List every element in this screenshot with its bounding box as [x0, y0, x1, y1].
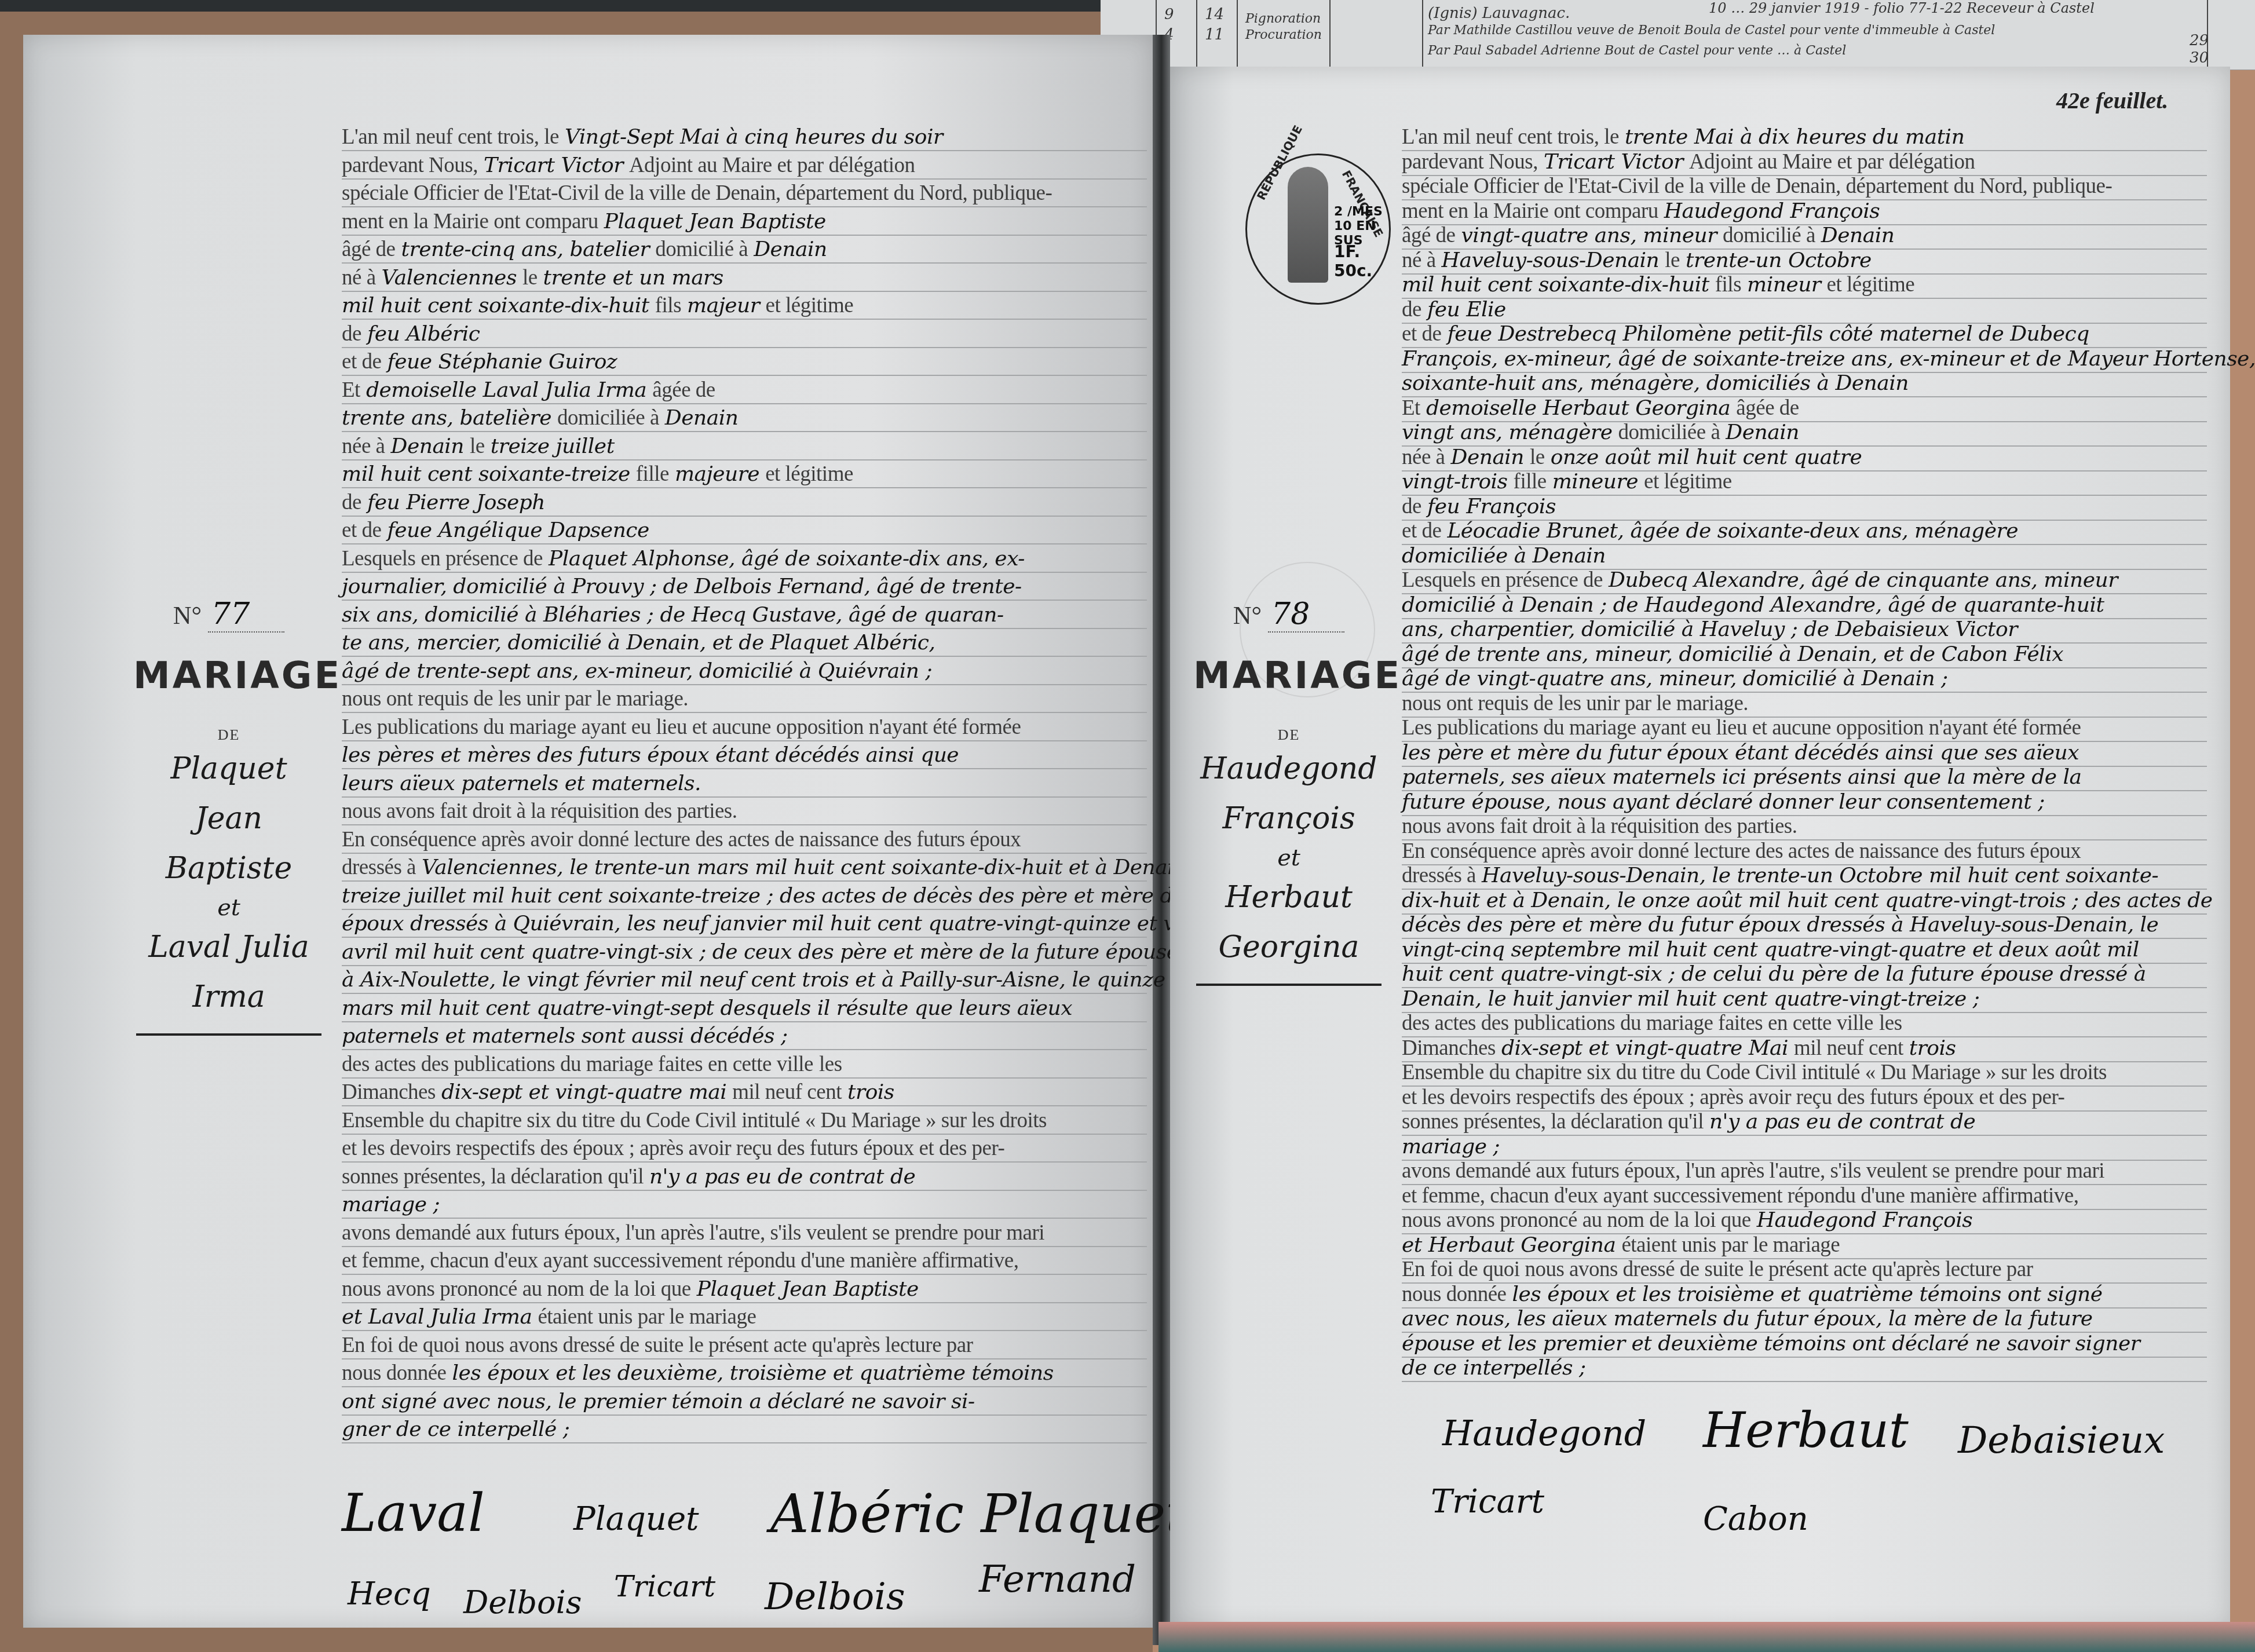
act-line: des actes des publications du mariage fa…: [1402, 1011, 2207, 1036]
printed-text: le: [1530, 445, 1545, 469]
printed-text: et légitime: [766, 294, 854, 317]
act-de-label: DE: [133, 726, 324, 744]
act-line: sonnes présentes, la déclaration qu'iln'…: [1402, 1109, 2207, 1134]
act-line: nous avons fait droit à la réquisition d…: [1402, 814, 2207, 839]
act-line: avril mil huit cent quatre-vingt-six ; d…: [342, 940, 1147, 964]
form-rule-line: [342, 206, 1147, 207]
printed-text: En conséquence après avoir donné lecture…: [342, 828, 1021, 851]
form-rule-line: [342, 993, 1147, 994]
act-line: et Laval Julia Irmaétaient unis par le m…: [342, 1304, 1147, 1329]
act-line: né àValenciennesletrente et un mars: [342, 265, 1147, 290]
printed-text: nous avons prononcé au nom de la loi que: [342, 1277, 691, 1301]
printed-text: Lesquels en présence de: [342, 547, 543, 571]
printed-text: nous avons fait droit à la réquisition d…: [342, 799, 737, 823]
printed-text: des actes des publications du mariage fa…: [342, 1052, 813, 1076]
act-line: âgé de trente-sept ans, ex-mineur, domic…: [342, 659, 1147, 684]
act-line: Dimanchesdix-sept et vingt-quatre maimil…: [342, 1080, 1147, 1105]
form-rule-line: [342, 1049, 1147, 1050]
handwritten-entry: Dubecq Alexandre, âgé de cinquante ans, …: [1609, 568, 2118, 592]
printed-text: Et: [342, 378, 360, 402]
act-line: journalier, domicilié à Prouvy ; de Delb…: [342, 574, 1147, 599]
signature: Laval: [342, 1483, 485, 1544]
act-line: âgé de vingt-quatre ans, mineur, domicil…: [1402, 666, 2207, 691]
handwritten-entry: te ans, mercier, domicilié à Denain, et …: [342, 631, 935, 655]
printed-text: ment en la Mairie ont comparu: [342, 210, 598, 233]
form-rule-line: [342, 796, 1147, 798]
printed-text: ment en la Mairie ont comparu: [1402, 199, 1658, 223]
fiscal-stamp: RÉPUBLIQUE FRANÇAISE 2 /MES 10 EN SUS 1F…: [1245, 153, 1391, 305]
act-line: nous avons fait droit à la réquisition d…: [342, 799, 1147, 824]
handwritten-entry: dix-huit et à Denain, le onze août mil h…: [1402, 889, 2213, 912]
act-line: les pères et mères des futurs époux étan…: [342, 743, 1147, 767]
form-rule-line: [342, 572, 1147, 573]
form-rule-line: [342, 965, 1147, 966]
handwritten-entry: de ce interpellés ;: [1402, 1356, 1586, 1380]
printed-text: de: [342, 491, 361, 514]
act-line: soixante-huit ans, ménagère, domiciliés …: [1402, 371, 2207, 396]
act-line: et femme, chacun d'eux ayant successivem…: [342, 1248, 1147, 1273]
act-number: N° 77: [133, 597, 324, 631]
act-line: mil huit cent soixante-dix-huitfilsmineu…: [1402, 272, 2207, 297]
act-line: En foi de quoi nous avons dressé de suit…: [342, 1333, 1147, 1358]
handwritten-entry: ont signé avec nous, le premier témoin a…: [342, 1390, 975, 1413]
printed-text: de: [342, 322, 361, 346]
act-line: née àDenainleonze août mil huit cent qua…: [1402, 445, 2207, 470]
printed-text: Lesquels en présence de: [1402, 568, 1603, 592]
printed-text: domicilié à: [655, 237, 748, 261]
ledger-cell: 14: [1205, 6, 1224, 23]
handwritten-entry: François, ex-mineur, âgé de soixante-tre…: [1402, 347, 2255, 371]
act-line: François, ex-mineur, âgé de soixante-tre…: [1402, 346, 2207, 371]
printed-text: âgée de: [1736, 396, 1799, 420]
handwritten-entry: n'y a pas eu de contrat de: [649, 1165, 915, 1189]
handwritten-entry: avec nous, les aïeux maternels du futur …: [1402, 1307, 2093, 1331]
form-rule-line: [342, 487, 1147, 488]
printed-text: nous avons prononcé au nom de la loi que: [1402, 1208, 1751, 1232]
form-rule-line: [342, 459, 1147, 460]
form-rule-line: [342, 880, 1147, 882]
handwritten-entry: future épouse, nous ayant déclaré donner…: [1402, 790, 2045, 814]
form-rule-line: [342, 656, 1147, 657]
printed-text: nous avons fait droit à la réquisition d…: [1402, 814, 1797, 838]
printed-text: âgée de: [652, 378, 715, 402]
handwritten-entry: âgé de vingt-quatre ans, mineur, domicil…: [1402, 667, 1948, 690]
act-de-label: DE: [1193, 726, 1384, 744]
handwritten-entry: feue Stéphanie Guiroz: [387, 350, 617, 374]
printed-text: le: [470, 434, 485, 458]
act-line: avec nous, les aïeux maternels du futur …: [1402, 1306, 2207, 1331]
form-rule-line: [342, 1105, 1147, 1106]
handwritten-entry: domiciliée à Denain: [1402, 544, 1606, 568]
handwritten-entry: feu François: [1427, 495, 1556, 518]
handwritten-entry: majeur: [687, 294, 759, 317]
handwritten-entry: treize juillet mil huit cent soixante-tr…: [342, 884, 1244, 908]
handwritten-entry: Denain: [1451, 445, 1525, 469]
handwritten-entry: trente ans, batelière: [342, 406, 551, 430]
printed-text: En foi de quoi nous avons dressé de suit…: [342, 1333, 973, 1357]
printed-text: mil neuf cent: [1794, 1036, 1903, 1060]
handwritten-entry: mil huit cent soixante-dix-huit: [342, 294, 649, 317]
act-line: Lesquels en présence dePlaquet Alphonse,…: [342, 546, 1147, 571]
ledger-cell: 29: [2190, 32, 2209, 49]
form-rule-line: [342, 824, 1147, 825]
printed-text: En foi de quoi nous avons dressé de suit…: [1402, 1258, 2033, 1281]
handwritten-entry: Denain: [391, 434, 465, 458]
act-line: mars mil huit cent quatre-vingt-sept des…: [342, 996, 1147, 1021]
signature: Tricart: [1431, 1483, 1544, 1521]
handwritten-entry: mineure: [1552, 470, 1638, 494]
form-rule-line: [342, 768, 1147, 769]
handwritten-entry: ans, charpentier, domicilié à Haveluy ; …: [1402, 617, 2018, 641]
stamp-decimes: 2 /MES 10 EN SUS: [1334, 204, 1389, 248]
printed-text: le: [1665, 248, 1680, 272]
printed-text: fille: [1514, 470, 1547, 494]
act-line: Ensemble du chapitre six du titre du Cod…: [1402, 1060, 2207, 1085]
form-rule-line: [342, 853, 1147, 854]
handwritten-entry: mars mil huit cent quatre-vingt-sept des…: [342, 996, 1072, 1020]
handwritten-entry: six ans, domicilié à Bléharies ; de Hecq…: [342, 603, 1004, 627]
act-line: et les devoirs respectifs des époux ; ap…: [1402, 1085, 2207, 1110]
act-line: Les publications du mariage ayant eu lie…: [1402, 715, 2207, 740]
act-line: et femme, chacun d'eux ayant successivem…: [1402, 1183, 2207, 1208]
ledger-cell: 11: [1205, 26, 1224, 43]
act-line: et Herbaut Georginaétaient unis par le m…: [1402, 1233, 2207, 1258]
form-rule-line: [1402, 1381, 2207, 1382]
act-line: pardevant Nous,Tricart VictorAdjoint au …: [342, 153, 1147, 178]
handwritten-entry: et Herbaut Georgina: [1402, 1233, 1616, 1257]
act-title: MARIAGE: [133, 655, 324, 697]
act-line: vingt-cinq septembre mil huit cent quatr…: [1402, 937, 2207, 962]
act-line: dix-huit et à Denain, le onze août mil h…: [1402, 888, 2207, 913]
margin-rule: [136, 1033, 321, 1036]
handwritten-entry: les époux et les troisième et quatrième …: [1512, 1282, 2103, 1306]
act-line: et deLéocadie Brunet, âgée de soixante-d…: [1402, 518, 2207, 543]
printed-text: âgé de: [1402, 224, 1456, 247]
form-rule-line: [342, 178, 1147, 180]
handwritten-entry: dix-sept et vingt-quatre mai: [441, 1080, 726, 1104]
form-rule-line: [342, 1190, 1147, 1191]
printed-text: Dimanches: [342, 1080, 436, 1104]
act-line: Lesquels en présence deDubecq Alexandre,…: [1402, 568, 2207, 593]
act-line: gner de ce interpellé ;: [342, 1417, 1147, 1442]
handwritten-entry: feu Elie: [1427, 298, 1506, 321]
handwritten-entry: Haveluy-sous-Denain, le trente-un Octobr…: [1482, 864, 2158, 887]
act-line: née àDenainletreize juillet: [342, 434, 1147, 459]
handwritten-entry: Haudegond François: [1664, 199, 1880, 223]
act-line: Etdemoiselle Laval Julia Irmaâgée de: [342, 378, 1147, 403]
printed-text: et les devoirs respectifs des époux ; ap…: [342, 1136, 1004, 1160]
right-margin-header: N° 78 MARIAGE DE Haudegond François et H…: [1193, 597, 1384, 986]
handwritten-entry: mariage ;: [342, 1193, 440, 1216]
act-line: defeu Pierre Joseph: [342, 490, 1147, 515]
printed-text: et légitime: [1827, 273, 1915, 297]
printed-text: les: [1879, 1011, 1902, 1035]
handwritten-entry: Tricart Victor: [1544, 150, 1683, 174]
handwritten-entry: les pères et mères des futurs époux étan…: [342, 743, 959, 767]
act-line: domiciliée à Denain: [1402, 543, 2207, 568]
handwritten-entry: trois: [1909, 1036, 1956, 1060]
margin-spouse-names: Plaquet Jean Baptiste et Laval Julia Irm…: [133, 744, 324, 1022]
printed-text: sonnes présentes, la déclaration qu'il: [342, 1165, 644, 1189]
act-line: et defeue Stéphanie Guiroz: [342, 349, 1147, 374]
form-rule-line: [342, 375, 1147, 376]
signature: Fernand: [979, 1558, 1136, 1601]
signature: Hecq: [348, 1576, 431, 1612]
handwritten-entry: les père et mère du futur époux étant dé…: [1402, 741, 2079, 765]
book-spine: [1153, 35, 1170, 1645]
form-rule-line: [342, 1415, 1147, 1416]
act-line: mariage ;: [342, 1192, 1147, 1217]
signature: Debaisieux: [1958, 1419, 2165, 1462]
handwritten-entry: Plaquet Jean Baptiste: [697, 1277, 919, 1301]
printed-text: âgé de: [342, 237, 396, 261]
act-line: future épouse, nous ayant déclaré donner…: [1402, 790, 2207, 814]
form-rule-line: [342, 740, 1147, 741]
act-line: nous ont requis de les unir par le maria…: [342, 686, 1147, 711]
ledger-cell: Procuration: [1245, 28, 1322, 42]
handwritten-entry: décès des père et mère du futur époux dr…: [1402, 913, 2158, 937]
handwritten-entry: mil huit cent soixante-dix-huit: [1402, 273, 1709, 297]
handwritten-entry: époux dressés à Quiévrain, les neuf janv…: [342, 912, 1291, 935]
handwritten-entry: majeure: [675, 462, 759, 486]
form-rule-line: [342, 712, 1147, 713]
act-line: âgé de trente ans, mineur, domicilié à D…: [1402, 642, 2207, 667]
act-line: épouse et les premier et deuxième témoin…: [1402, 1331, 2207, 1356]
left-margin-header: N° 77 MARIAGE DE Plaquet Jean Baptiste e…: [133, 597, 324, 1036]
form-rule-line: [342, 291, 1147, 292]
act-line: des actes des publications du mariage fa…: [342, 1052, 1147, 1077]
form-rule-line: [342, 1077, 1147, 1079]
stamp-price: 1F. 50c.: [1334, 242, 1389, 280]
act-line: à Aix-Noulette, le vingt février mil neu…: [342, 967, 1147, 992]
handwritten-entry: dix-sept et vingt-quatre Mai: [1501, 1036, 1788, 1060]
printed-text: Ensemble du chapitre six du titre du Cod…: [1402, 1061, 2107, 1084]
form-rule-line: [342, 628, 1147, 629]
printed-text: avons demandé aux futurs époux, l'un apr…: [1402, 1159, 2104, 1183]
book-edge-bottom: [1158, 1622, 2255, 1652]
printed-text: étaient unis par le mariage: [1621, 1233, 1840, 1257]
printed-text: le: [522, 266, 538, 290]
printed-text: avons demandé aux futurs époux, l'un apr…: [342, 1221, 1044, 1245]
act-line: et defeue Destrebecq Philomène petit-fil…: [1402, 321, 2207, 346]
handwritten-entry: feue Angélique Dapsence: [387, 518, 649, 542]
handwritten-entry: Tricart Victor: [484, 153, 623, 177]
printed-text: dressés à: [342, 856, 416, 879]
form-rule-line: [342, 319, 1147, 320]
act-line: defeu François: [1402, 494, 2207, 519]
handwritten-entry: âgé de trente-sept ans, ex-mineur, domic…: [342, 659, 932, 683]
handwritten-entry: Vingt-Sept Mai à cinq heures du soir: [565, 125, 943, 149]
act-line: six ans, domicilié à Bléharies ; de Hecq…: [342, 602, 1147, 627]
act-line: mariage ;: [1402, 1134, 2207, 1159]
act-line: et defeue Angélique Dapsence: [342, 518, 1147, 543]
handwritten-entry: trois: [847, 1080, 894, 1104]
handwritten-entry: leurs aïeux paternels et maternels.: [342, 772, 701, 795]
printed-text: spéciale Officier de l'Etat-Civil de la …: [1402, 174, 2112, 198]
form-rule-line: [342, 431, 1147, 432]
handwritten-entry: Léocadie Brunet, âgée de soixante-deux a…: [1447, 519, 2018, 543]
act-line: nous donnéeles époux et les troisième et…: [1402, 1282, 2207, 1307]
handwritten-entry: Denain: [1821, 224, 1895, 247]
act-line: mil huit cent soixante-treizefillemajeur…: [342, 462, 1147, 487]
form-rule-line: [342, 1330, 1147, 1331]
printed-text: et légitime: [765, 462, 853, 486]
signature: Delbois: [463, 1584, 582, 1621]
act-line: paternels et maternels sont aussi décédé…: [342, 1024, 1147, 1048]
handwritten-entry: gner de ce interpellé ;: [342, 1417, 569, 1441]
form-rule-line: [342, 347, 1147, 348]
handwritten-entry: huit cent quatre-vingt-six ; de celui du…: [1402, 962, 2146, 986]
handwritten-entry: Plaquet Jean Baptiste: [604, 210, 826, 233]
act-line: et les devoirs respectifs des époux ; ap…: [342, 1136, 1147, 1161]
act-line: sonnes présentes, la déclaration qu'iln'…: [342, 1164, 1147, 1189]
printed-text: sonnes présentes, la déclaration qu'il: [1402, 1110, 1704, 1134]
handwritten-entry: feu Pierre Joseph: [367, 491, 545, 514]
form-rule-line: [342, 1358, 1147, 1359]
printed-text: fille: [636, 462, 669, 486]
handwritten-entry: âgé de trente ans, mineur, domicilié à D…: [1402, 642, 2063, 666]
act-line: spéciale Officier de l'Etat-Civil de la …: [342, 181, 1147, 206]
act-line: âgé detrente-cinq ans, batelierdomicilié…: [342, 237, 1147, 262]
act-line: Denain, le huit janvier mil huit cent qu…: [1402, 986, 2207, 1011]
underlying-ledger-page: 9 14 Pignoration (Ignis) Lauvagnac. 10 ……: [1101, 0, 2255, 70]
printed-text: Et: [1402, 396, 1420, 420]
printed-text: et de: [1402, 322, 1441, 346]
act-line: defeu Albéric: [342, 321, 1147, 346]
signature: Albéric Plaquet: [770, 1483, 1187, 1545]
printed-text: Adjoint au Maire et par délégation: [629, 153, 915, 177]
act-line: époux dressés à Quiévrain, les neuf janv…: [342, 911, 1147, 936]
handwritten-entry: Denain: [1726, 421, 1799, 444]
act-line: de ce interpellés ;: [1402, 1355, 2207, 1380]
handwritten-entry: vingt-trois: [1402, 470, 1508, 494]
printed-text: fils: [1715, 273, 1741, 297]
printed-text: domicilié à: [1723, 224, 1815, 247]
form-rule-line: [342, 1218, 1147, 1219]
printed-text: L'an mil neuf cent trois, le: [342, 125, 559, 149]
form-rule-line: [342, 1161, 1147, 1163]
act-line: defeu Elie: [1402, 297, 2207, 322]
printed-text: nous ont requis de les unir par le maria…: [1402, 692, 1748, 715]
act-line: huit cent quatre-vingt-six ; de celui du…: [1402, 962, 2207, 986]
handwritten-entry: Denain: [665, 406, 739, 430]
printed-text: nous donnée: [342, 1361, 447, 1385]
act-line: Les publications du mariage ayant eu lie…: [342, 715, 1147, 740]
act-line: leurs aïeux paternels et maternels.: [342, 771, 1147, 796]
act-line: les père et mère du futur époux étant dé…: [1402, 740, 2207, 765]
act-title: MARIAGE: [1193, 655, 1384, 697]
act-line: En conséquence après avoir donné lecture…: [342, 827, 1147, 852]
form-rule-line: [342, 516, 1147, 517]
printed-text: L'an mil neuf cent trois, le: [1402, 125, 1619, 149]
handwritten-entry: Valenciennes, le trente-un mars mil huit…: [422, 856, 1218, 879]
act-line: avons demandé aux futurs époux, l'un apr…: [1402, 1158, 2207, 1183]
printed-text: En conséquence après avoir donné lecture…: [1402, 839, 2081, 863]
printed-text: et les devoirs respectifs des époux ; ap…: [1402, 1086, 2064, 1109]
printed-text: et femme, chacun d'eux ayant successivem…: [1402, 1184, 2078, 1208]
form-rule-line: [342, 600, 1147, 601]
signature: Cabon: [1703, 1500, 1808, 1538]
act-line: paternels, ses aïeux maternels ici prése…: [1402, 765, 2207, 790]
act-line: vingt ans, ménagèredomiciliée àDenain: [1402, 420, 2207, 445]
form-rule-line: [342, 1442, 1147, 1443]
act-line: nous ont requis de les unir par le maria…: [1402, 691, 2207, 716]
printed-text: nous ont requis de les unir par le maria…: [342, 687, 688, 711]
act-line: né àHaveluy-sous-Denainletrente-un Octob…: [1402, 248, 2207, 273]
handwritten-entry: Plaquet Alphonse, âgé de soixante-dix an…: [549, 547, 1025, 571]
printed-text: et de: [342, 350, 381, 374]
act-line: nous avons prononcé au nom de la loi que…: [1402, 1208, 2207, 1233]
printed-text: domiciliée à: [1618, 421, 1720, 444]
signature: Plaquet: [573, 1500, 699, 1538]
act-line: En conséquence après avoir donné lecture…: [1402, 839, 2207, 864]
handwritten-entry: Valenciennes: [382, 266, 517, 290]
handwritten-entry: demoiselle Laval Julia Irma: [366, 378, 646, 402]
printed-text: et de: [1402, 519, 1441, 543]
act-line: ont signé avec nous, le premier témoin a…: [342, 1389, 1147, 1414]
handwritten-entry: Haveluy-sous-Denain: [1442, 248, 1660, 272]
ledger-cell: 30: [2190, 49, 2209, 67]
act-line: Ensemble du chapitre six du titre du Cod…: [342, 1108, 1147, 1133]
ledger-entry: Par Mathilde Castillou veuve de Benoit B…: [1428, 23, 1995, 38]
printed-text: et légitime: [1644, 470, 1732, 494]
printed-text: Ensemble du chapitre six du titre du Cod…: [342, 1109, 1047, 1132]
form-rule-line: [342, 684, 1147, 685]
act-line: dressés àValenciennes, le trente-un mars…: [342, 855, 1147, 880]
act-line: L'an mil neuf cent trois, leVingt-Sept M…: [342, 125, 1147, 149]
ledger-cell: Pignoration: [1245, 12, 1321, 26]
act-line: mil huit cent soixante-dix-huitfilsmajeu…: [342, 293, 1147, 318]
printed-text: pardevant Nous,: [1402, 150, 1538, 174]
form-rule-line: [342, 150, 1147, 151]
act-line: Etdemoiselle Herbaut Georginaâgée de: [1402, 396, 2207, 421]
margin-spouse-names: Haudegond François et Herbaut Georgina: [1193, 744, 1384, 972]
act-line: ment en la Mairie ont comparuPlaquet Jea…: [342, 209, 1147, 234]
act-line: Dimanchesdix-sept et vingt-quatre Maimil…: [1402, 1036, 2207, 1061]
handwritten-entry: trente-cinq ans, batelier: [401, 237, 650, 261]
handwritten-entry: paternels et maternels sont aussi décédé…: [342, 1024, 788, 1048]
printed-text: née à: [342, 434, 385, 458]
act-line: L'an mil neuf cent trois, letrente Mai à…: [1402, 125, 2207, 149]
printed-text: et femme, chacun d'eux ayant successivem…: [342, 1249, 1018, 1273]
handwritten-entry: domicilié à Denain ; de Haudegond Alexan…: [1402, 593, 2104, 617]
form-rule-line: [342, 1302, 1147, 1303]
printed-text: domiciliée à: [557, 406, 659, 430]
printed-text: les: [819, 1052, 842, 1076]
margin-rule: [1196, 984, 1381, 986]
handwritten-entry: demoiselle Herbaut Georgina: [1426, 396, 1730, 420]
handwritten-entry: n'y a pas eu de contrat de: [1709, 1110, 1975, 1134]
printed-text: fils: [655, 294, 681, 317]
printed-text: spéciale Officier de l'Etat-Civil de la …: [342, 181, 1052, 205]
act-line: te ans, mercier, domicilié à Denain, et …: [342, 630, 1147, 655]
ledger-cell: 9: [1164, 6, 1174, 23]
act-line: nous donnéeles époux et les deuxième, tr…: [342, 1361, 1147, 1386]
form-rule-line: [342, 543, 1147, 544]
ledger-entry: (Ignis) Lauvagnac.: [1428, 5, 1570, 22]
signature: Herbaut: [1703, 1402, 1909, 1459]
printed-text: né à: [1402, 248, 1436, 272]
handwritten-entry: épouse et les premier et deuxième témoin…: [1402, 1332, 2140, 1355]
printed-text: Les publications du mariage ayant eu lie…: [1402, 716, 2081, 740]
form-rule-line: [342, 403, 1147, 404]
handwritten-entry: treize juillet: [491, 434, 615, 458]
act-line: treize juillet mil huit cent soixante-tr…: [342, 883, 1147, 908]
act-line: En foi de quoi nous avons dressé de suit…: [1402, 1257, 2207, 1282]
act-line: ans, charpentier, domicilié à Haveluy ; …: [1402, 617, 2207, 642]
handwritten-entry: mariage ;: [1402, 1135, 1500, 1158]
handwritten-entry: paternels, ses aïeux maternels ici prése…: [1402, 765, 2081, 789]
